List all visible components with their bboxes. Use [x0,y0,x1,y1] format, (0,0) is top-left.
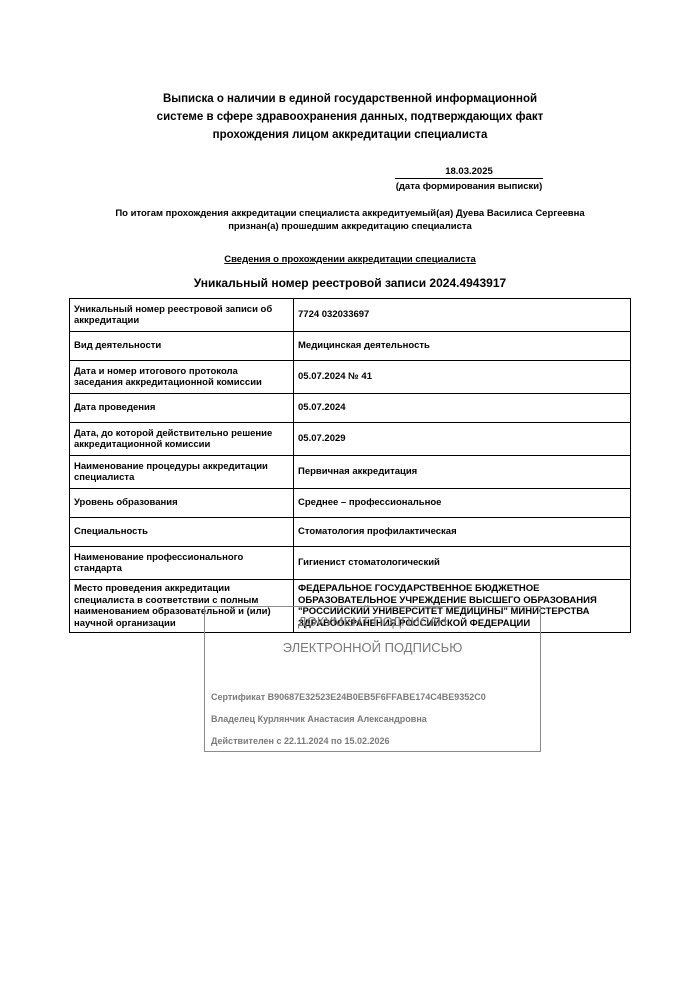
stamp-validity: Действителен с 22.11.2024 по 15.02.2026 [211,735,390,747]
intro-line: По итогам прохождения аккредитации специ… [0,207,700,220]
table-row: Вид деятельности Медицинская деятельност… [70,332,631,361]
row-label: Уникальный номер реестровой записи об ак… [70,299,294,332]
row-value: Гигиенист стоматологический [294,547,631,580]
accreditation-table: Уникальный номер реестровой записи об ак… [69,298,631,633]
stamp-certificate: Сертификат B90687E32523E24B0EB5F6FFABE17… [211,691,486,703]
table-row: Дата и номер итогового протокола заседан… [70,361,631,394]
formation-date-block: 18.03.2025 (дата формирования выписки) [395,165,543,193]
registry-number: Уникальный номер реестровой записи 2024.… [0,275,700,291]
intro-statement: По итогам прохождения аккредитации специ… [0,207,700,233]
title-line: прохождения лицом аккредитации специалис… [0,126,700,144]
title-line: системе в сфере здравоохранения данных, … [0,108,700,126]
row-label: Специальность [70,518,294,547]
stamp-heading-line2: ЭЛЕКТРОННОЙ ПОДПИСЬЮ [205,640,540,656]
row-label: Дата и номер итогового протокола заседан… [70,361,294,394]
row-label: Наименование процедуры аккредитации спец… [70,456,294,489]
row-value: Медицинская деятельность [294,332,631,361]
row-value: 05.07.2024 № 41 [294,361,631,394]
section-heading: Сведения о прохождении аккредитации спец… [0,253,700,266]
table-row: Уникальный номер реестровой записи об ак… [70,299,631,332]
row-value: 05.07.2029 [294,423,631,456]
formation-date: 18.03.2025 [395,165,543,179]
row-value: 05.07.2024 [294,394,631,423]
row-label: Наименование профессионального стандарта [70,547,294,580]
row-value: Первичная аккредитация [294,456,631,489]
row-label: Вид деятельности [70,332,294,361]
row-value: Стоматология профилактическая [294,518,631,547]
row-label: Дата, до которой действительно решение а… [70,423,294,456]
title-line: Выписка о наличии в единой государственн… [0,90,700,108]
table-row: Наименование профессионального стандарта… [70,547,631,580]
stamp-heading-line1: ДОКУМЕНТ ПОДПИСАН [205,614,540,630]
electronic-signature-stamp: ДОКУМЕНТ ПОДПИСАН ЭЛЕКТРОННОЙ ПОДПИСЬЮ С… [204,606,541,752]
table-row: Дата проведения 05.07.2024 [70,394,631,423]
document-title: Выписка о наличии в единой государственн… [0,90,700,144]
intro-line: признан(а) прошедшим аккредитацию специа… [0,220,700,233]
row-label: Дата проведения [70,394,294,423]
table-row: Наименование процедуры аккредитации спец… [70,456,631,489]
table-row: Уровень образования Среднее – профессион… [70,489,631,518]
row-label: Уровень образования [70,489,294,518]
table-row: Дата, до которой действительно решение а… [70,423,631,456]
row-value: 7724 032033697 [294,299,631,332]
row-value: Среднее – профессиональное [294,489,631,518]
table-row: Специальность Стоматология профилактичес… [70,518,631,547]
stamp-owner: Владелец Курлянчик Анастасия Александров… [211,713,427,725]
formation-date-caption: (дата формирования выписки) [395,180,543,193]
